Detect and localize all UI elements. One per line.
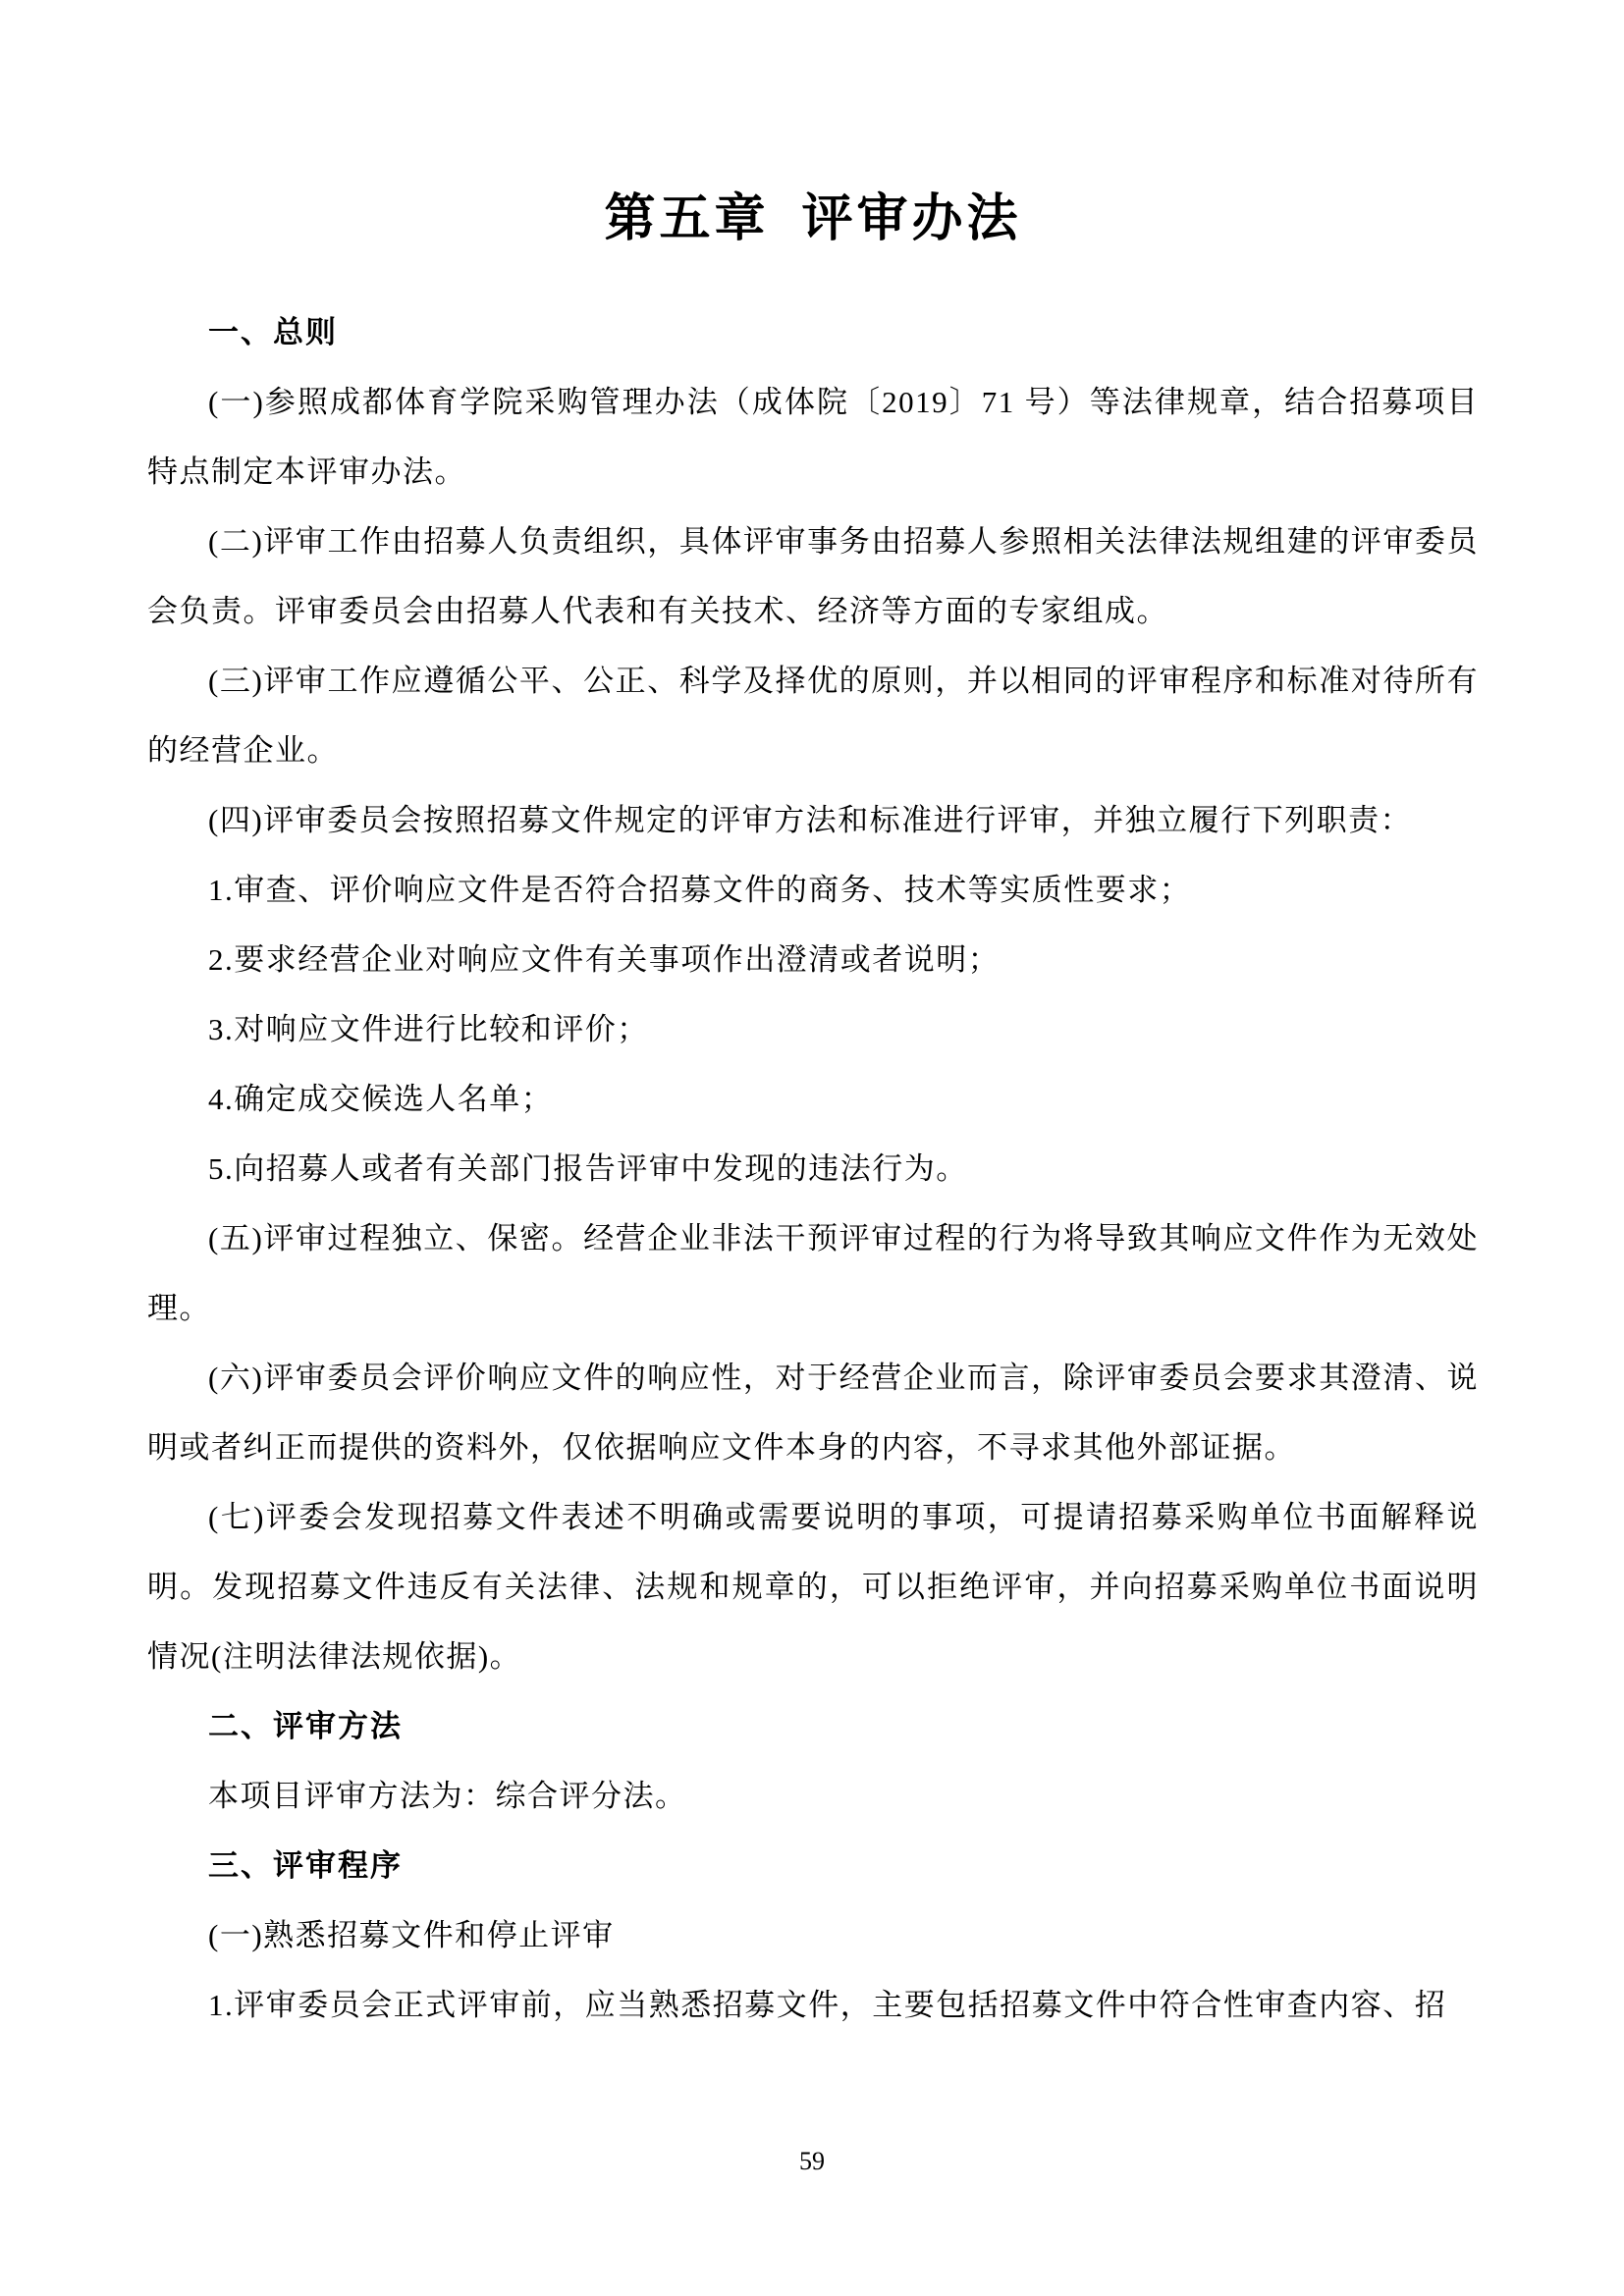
paragraph: (五)评审过程独立、保密。经营企业非法干预评审过程的行为将导致其响应文件作为无效… xyxy=(147,1203,1479,1343)
paragraph: (三)评审工作应遵循公平、公正、科学及择优的原则，并以相同的评审程序和标准对待所… xyxy=(147,646,1479,785)
list-item: 2.要求经营企业对响应文件有关事项作出澄清或者说明； xyxy=(147,925,1479,994)
list-item: 1.审查、评价响应文件是否符合招募文件的商务、技术等实质性要求； xyxy=(147,855,1479,925)
document-page: 第五章 评审办法 一、总则 (一)参照成都体育学院采购管理办法（成体院〔2019… xyxy=(0,0,1624,2296)
chapter-title-text: 第五章 评审办法 xyxy=(604,191,1021,247)
section-heading: 二、评审方法 xyxy=(147,1691,1479,1761)
chapter-title: 第五章 评审办法 xyxy=(147,187,1479,253)
document-content: 第五章 评审办法 一、总则 (一)参照成都体育学院采购管理办法（成体院〔2019… xyxy=(0,0,1624,2040)
paragraph: 本项目评审方法为：综合评分法。 xyxy=(147,1761,1479,1831)
paragraph: (一)参照成都体育学院采购管理办法（成体院〔2019〕71 号）等法律规章，结合… xyxy=(147,367,1479,507)
paragraph: 1.评审委员会正式评审前，应当熟悉招募文件，主要包括招募文件中符合性审查内容、招 xyxy=(147,1970,1479,2040)
section-heading: 一、总则 xyxy=(147,297,1479,367)
paragraph: (七)评委会发现招募文件表述不明确或需要说明的事项，可提请招募采购单位书面解释说… xyxy=(147,1482,1479,1691)
paragraph: (一)熟悉招募文件和停止评审 xyxy=(147,1900,1479,1970)
paragraph: (四)评审委员会按照招募文件规定的评审方法和标准进行评审，并独立履行下列职责： xyxy=(147,785,1479,855)
list-item: 4.确定成交候选人名单； xyxy=(147,1064,1479,1134)
paragraph: (六)评审委员会评价响应文件的响应性，对于经营企业而言，除评审委员会要求其澄清、… xyxy=(147,1343,1479,1482)
paragraph: (二)评审工作由招募人负责组织，具体评审事务由招募人参照相关法律法规组建的评审委… xyxy=(147,507,1479,646)
section-heading: 三、评审程序 xyxy=(147,1831,1479,1900)
list-item: 3.对响应文件进行比较和评价； xyxy=(147,994,1479,1064)
list-item: 5.向招募人或者有关部门报告评审中发现的违法行为。 xyxy=(147,1134,1479,1203)
page-number: 59 xyxy=(0,2147,1624,2176)
